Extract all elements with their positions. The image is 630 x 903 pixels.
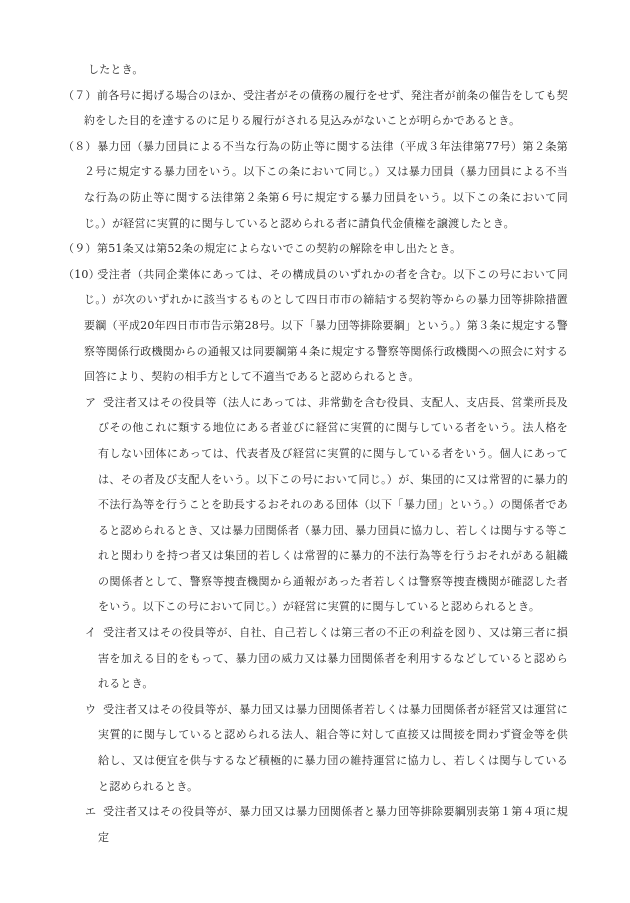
clause-6-continuation: したとき。 [63,57,568,83]
clause-text: 受注者又はその役員等（法人にあっては、非常勤を含む役員、支配人、支店長、営業所長… [98,396,568,614]
subclause-label: ウ [85,697,103,723]
subclause-u: ウ受注者又はその役員等が、暴力団又は暴力団関係者若しくは暴力団関係者が経営又は運… [63,697,568,799]
clause-text: 第51条又は第52条の規定によらないでこの契約の解除を申し出たとき。 [97,242,461,255]
document-body: したとき。（７）前各号に掲げる場合のほか、受注者がその債務の履行をせず、発注者が… [63,57,568,850]
document-page: したとき。（７）前各号に掲げる場合のほか、受注者がその債務の履行をせず、発注者が… [0,0,630,903]
clause-number: （10） [63,262,97,288]
clause-9: （９）第51条又は第52条の規定によらないでこの契約の解除を申し出たとき。 [63,236,568,262]
clause-number: （７） [63,83,97,109]
clause-number: （８） [63,134,97,160]
clause-number: （９） [63,236,97,262]
clause-text: 暴力団（暴力団員による不当な行為の防止等に関する法律（平成３年法律第77号）第２… [84,140,568,230]
subclause-label: エ [85,799,103,825]
clause-text: 前各号に掲げる場合のほか、受注者がその債務の履行をせず、発注者が前条の催告をして… [84,89,568,128]
clause-text: 受注者又はその役員等が、暴力団又は暴力団関係者と暴力団等排除要綱別表第１第４項に… [98,805,568,844]
subclause-a: ア受注者又はその役員等（法人にあっては、非常勤を含む役員、支配人、支店長、営業所… [63,390,568,620]
subclause-i: イ受注者又はその役員等が、自社、自己若しくは第三者の不正の利益を図り、又は第三者… [63,620,568,697]
subclause-label: イ [85,620,103,646]
subclause-e: エ受注者又はその役員等が、暴力団又は暴力団関係者と暴力団等排除要綱別表第１第４項… [63,799,568,850]
clause-10: （10）受注者（共同企業体にあっては、その構成員のいずれかの者を含む。以下この号… [63,262,568,390]
clause-text: 受注者（共同企業体にあっては、その構成員のいずれかの者を含む。以下この号において… [84,268,568,383]
clause-text: したとき。 [88,63,144,76]
clause-8: （８）暴力団（暴力団員による不当な行為の防止等に関する法律（平成３年法律第77号… [63,134,568,236]
clause-text: 受注者又はその役員等が、自社、自己若しくは第三者の不正の利益を図り、又は第三者に… [98,626,568,690]
clause-text: 受注者又はその役員等が、暴力団又は暴力団関係者若しくは暴力団関係者が経営又は運営… [98,703,568,793]
subclause-label: ア [85,390,103,416]
clause-7: （７）前各号に掲げる場合のほか、受注者がその債務の履行をせず、発注者が前条の催告… [63,83,568,134]
